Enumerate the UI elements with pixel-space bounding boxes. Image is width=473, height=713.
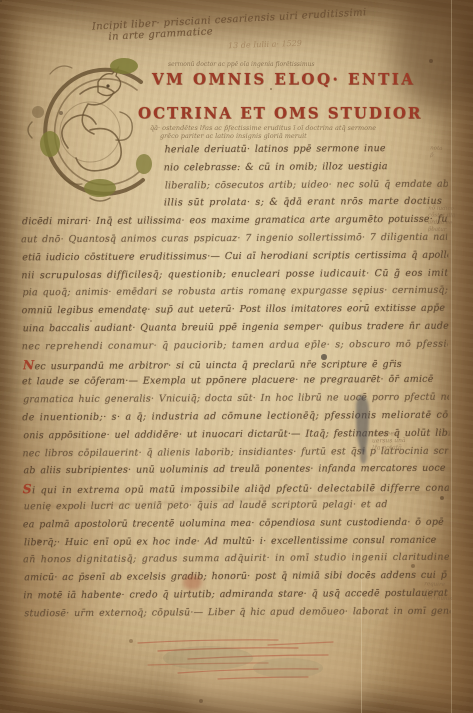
rubric-line-1: VM OMNIS ELOQ· ENTIA — [152, 70, 415, 89]
marginal-note: requirein finelibri huius — [424, 581, 471, 604]
erased-red-strokes — [128, 634, 343, 689]
top-inscription: Incipit liber· prisciani cesariensis uir… — [92, 4, 423, 43]
crease-vertical-right — [451, 0, 452, 713]
marginal-note: hic deestuersus unālr̄a notatā — [372, 429, 432, 451]
marginal-note-line: lr̄a notatā — [372, 443, 432, 451]
manuscript-page: Incipit liber· prisciani cesariensis uir… — [0, 0, 473, 713]
marginal-note-line: p̄batur — [428, 226, 470, 234]
ink-speckles — [0, 0, 2, 2]
rubric-gloss-below-2: grēco pariter ac latino insignis gloriā … — [160, 132, 307, 140]
rubric-gloss-above: sermonū doctor ac ppē oīa ingenia florēt… — [168, 61, 315, 68]
marginal-note-line: p̄ — [430, 152, 466, 160]
text-line: studiosē· ur̄m externoq̄; cōpulsū·— Libe… — [24, 602, 450, 622]
date-note: 13 de Iulii a· 1529 — [228, 39, 302, 51]
rubric-line-2: OCTRINA ET OMS STUDIOR — [138, 104, 422, 123]
red-initial: N — [23, 357, 35, 372]
red-initial: S — [23, 481, 33, 496]
rubric-gloss-below-1: q̄ā· ostendētes lr̄as ac p̄fectissime er… — [150, 124, 376, 132]
body-text-block: heriale deriuatū· latinos ppē sermone in… — [21, 140, 450, 623]
marginal-note: notap̄ — [430, 145, 466, 160]
marginal-note: nō iudicocōstat illāardua eep̄batur — [428, 205, 471, 234]
